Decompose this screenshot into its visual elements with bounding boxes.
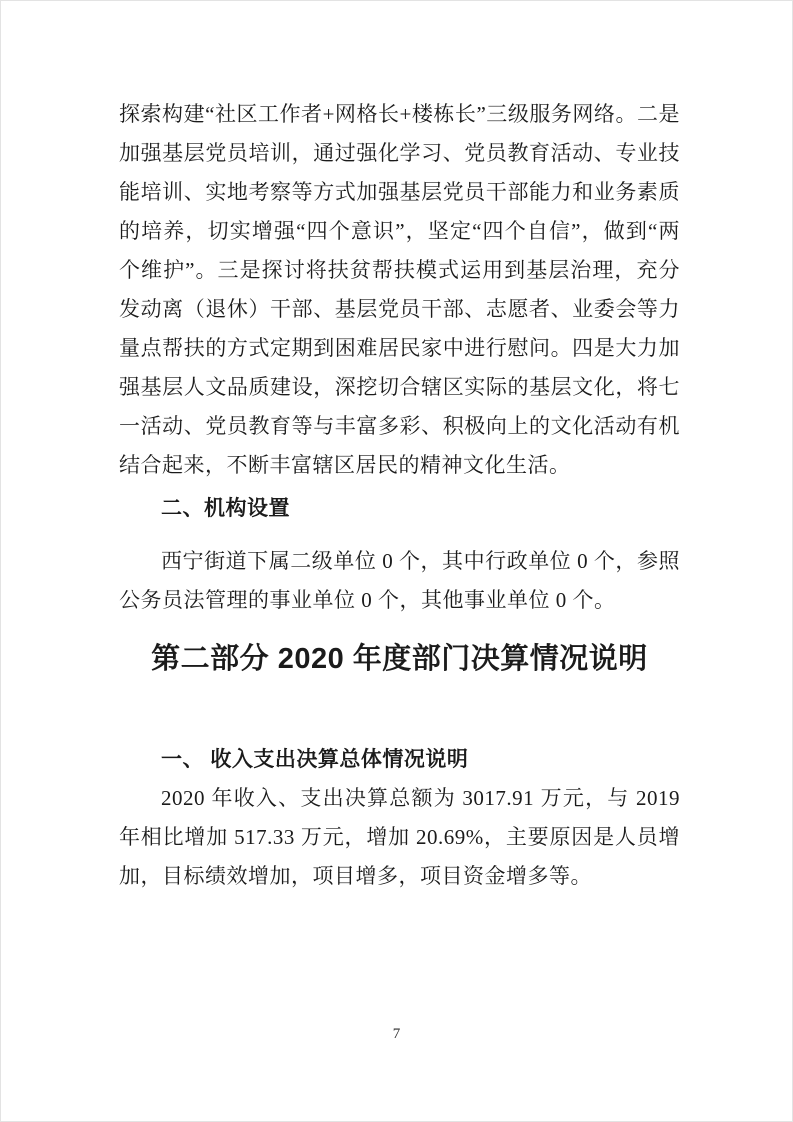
paragraph-continuation: 探索构建“社区工作者+网格长+楼栋长”三级服务网络。二是加强基层党员培训，通过强… [119,95,680,485]
paragraph-organization-setup: 西宁街道下属二级单位 0 个，其中行政单位 0 个，参照公务员法管理的事业单位 … [119,542,680,620]
section-heading-budget-summary: 一、 收入支出决算总体情况说明 [119,740,680,779]
page-number: 7 [1,1025,792,1043]
document-page: 探索构建“社区工作者+网格长+楼栋长”三级服务网络。二是加强基层党员培训，通过强… [0,0,793,1122]
page-content: 探索构建“社区工作者+网格长+楼栋长”三级服务网络。二是加强基层党员培训，通过强… [1,1,792,896]
section-heading-organization-setup: 二、机构设置 [119,489,680,528]
part-two-title: 第二部分 2020 年度部门决算情况说明 [119,636,680,682]
paragraph-budget-summary: 2020 年收入、支出决算总额为 3017.91 万元，与 2019 年相比增加… [119,779,680,896]
